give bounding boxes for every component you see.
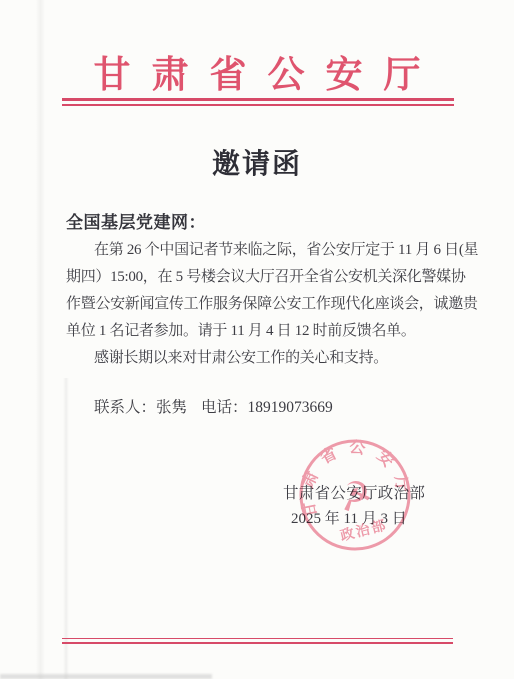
contact-name: 张隽	[156, 399, 187, 416]
contact-phone-label: 电话：	[201, 399, 248, 416]
body-line: 作暨公安新闻宣传工作服务保障公安工作现代化座谈会，诚邀贵	[66, 291, 458, 318]
scan-artifact-bottom-edge	[0, 674, 212, 679]
contact-name-label: 联系人：	[94, 399, 156, 416]
signature-date: 2025 年 11 月 3 日	[291, 507, 407, 528]
letter-body: 在第 26 个中国记者节来临之际，省公安厅定于 11 月 6 日(星 期四）15…	[66, 237, 458, 372]
contact-line: 联系人：张隽电话：18919073669	[94, 395, 333, 417]
body-line: 在第 26 个中国记者节来临之际，省公安厅定于 11 月 6 日(星	[66, 237, 458, 264]
body-line: 期四）15:00，在 5 号楼会议大厅召开全省公安机关深化警媒协	[66, 264, 458, 291]
scan-artifact-streak-left	[36, 0, 45, 679]
salutation: 全国基层党建网：	[66, 208, 206, 233]
letterhead-org-name: 甘肃省公安厅	[0, 44, 514, 98]
body-line: 单位 1 名记者参加。请于 11 月 4 日 12 时前反馈名单。	[66, 318, 458, 345]
scan-artifact-streak-lower	[63, 378, 69, 679]
document-title: 邀请函	[0, 142, 514, 182]
contact-phone-number: 18919073669	[248, 399, 333, 416]
letterhead-double-rule	[62, 98, 454, 106]
signature-organization: 甘肃省公安厅政治部	[283, 481, 425, 503]
footer-double-rule	[62, 638, 453, 644]
document-page: 甘肃省公安厅 邀请函 全国基层党建网： 在第 26 个中国记者节来临之际，省公安…	[0, 0, 514, 679]
body-line: 感谢长期以来对甘肃公安工作的关心和支持。	[66, 345, 458, 372]
